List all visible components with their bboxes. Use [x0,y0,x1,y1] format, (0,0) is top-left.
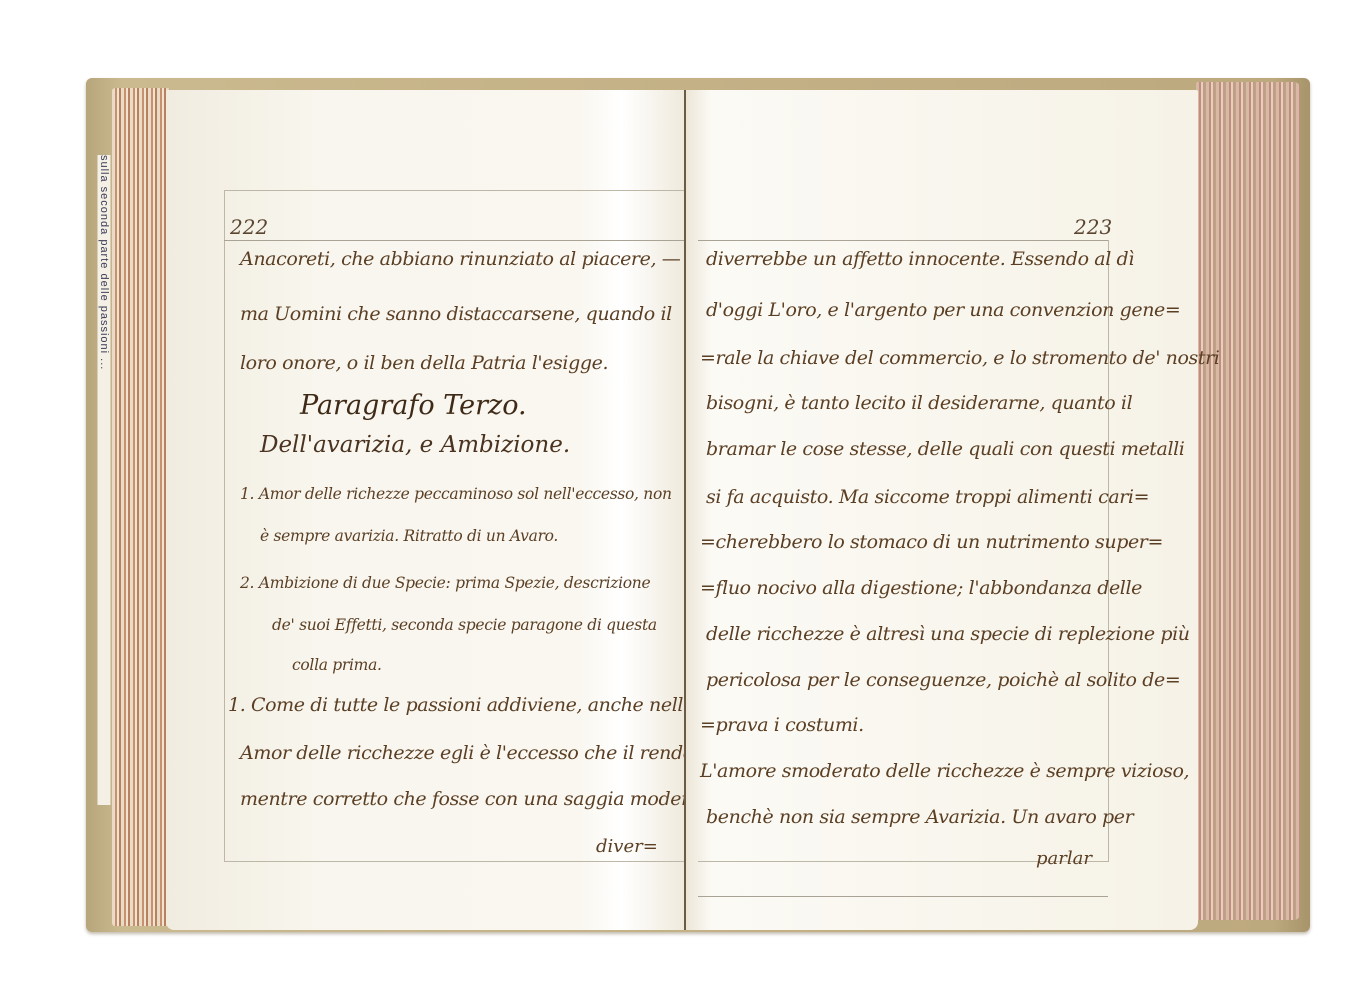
catchword: parlar [1036,848,1092,869]
spine-label: sulla seconda parte delle passioni ... [97,155,111,805]
text-line: L'amore smoderato delle ricchezze è semp… [700,760,1189,782]
summary-item: è sempre avarizia. Ritratto di un Avaro. [260,527,558,545]
right-page: 223 diverrebbe un affetto innocente. Ess… [684,90,1198,930]
text-line: loro onore, o il ben della Patria l'esig… [240,352,608,374]
text-line: Anacoreti, che abbiano rinunziato al pia… [240,248,680,270]
text-line: d'oggi L'oro, e l'argento per una conven… [706,299,1180,321]
text-line: bramar le cose stesse, delle quali con q… [706,438,1185,460]
summary-item: 1. Amor delle richezze peccaminoso sol n… [240,485,672,503]
text-line: benchè non sia sempre Avarizia. Un avaro… [706,806,1133,828]
left-page: 222 Anacoreti, che abbiano rinunziato al… [166,90,684,930]
text-line: pericolosa per le conseguenze, poichè al… [706,669,1180,691]
summary-item: colla prima. [292,656,382,674]
text-line: =rale la chiave del commercio, e lo stro… [700,347,1219,369]
spine-label-text: sulla seconda parte delle passioni ... [98,155,110,370]
text-line: mentre corretto che fosse con una saggia… [240,788,750,810]
section-subheading: Dell'avarizia, e Ambizione. [260,432,570,458]
left-page-text: Anacoreti, che abbiano rinunziato al pia… [166,90,684,930]
text-line: bisogni, è tanto lecito il desiderarne, … [706,392,1132,414]
text-line: =prava i costumi. [700,714,864,736]
catchword: diver= [596,836,658,857]
text-line: delle ricchezze è altresì una specie di … [706,623,1190,645]
summary-item: 2. Ambizione di due Specie: prima Spezie… [240,574,650,592]
text-line: ma Uomini che sanno distaccarsene, quand… [240,303,672,325]
left-page-edges [112,88,170,926]
right-page-edges [1196,82,1300,920]
section-heading: Paragrafo Terzo. [300,390,527,421]
text-line: =cherebbero lo stomaco di un nutrimento … [700,531,1163,553]
text-line: diverrebbe un affetto innocente. Essendo… [706,248,1134,270]
summary-item: de' suoi Effetti, seconda specie paragon… [272,616,657,634]
text-line: si fa acquisto. Ma siccome troppi alimen… [706,486,1149,508]
text-line: 1. Come di tutte le passioni addiviene, … [228,694,688,716]
right-page-text: diverrebbe un affetto innocente. Essendo… [686,90,1198,930]
text-line: =fluo nocivo alla digestione; l'abbondan… [700,577,1142,599]
text-line: Amor delle ricchezze egli è l'eccesso ch… [240,742,747,764]
